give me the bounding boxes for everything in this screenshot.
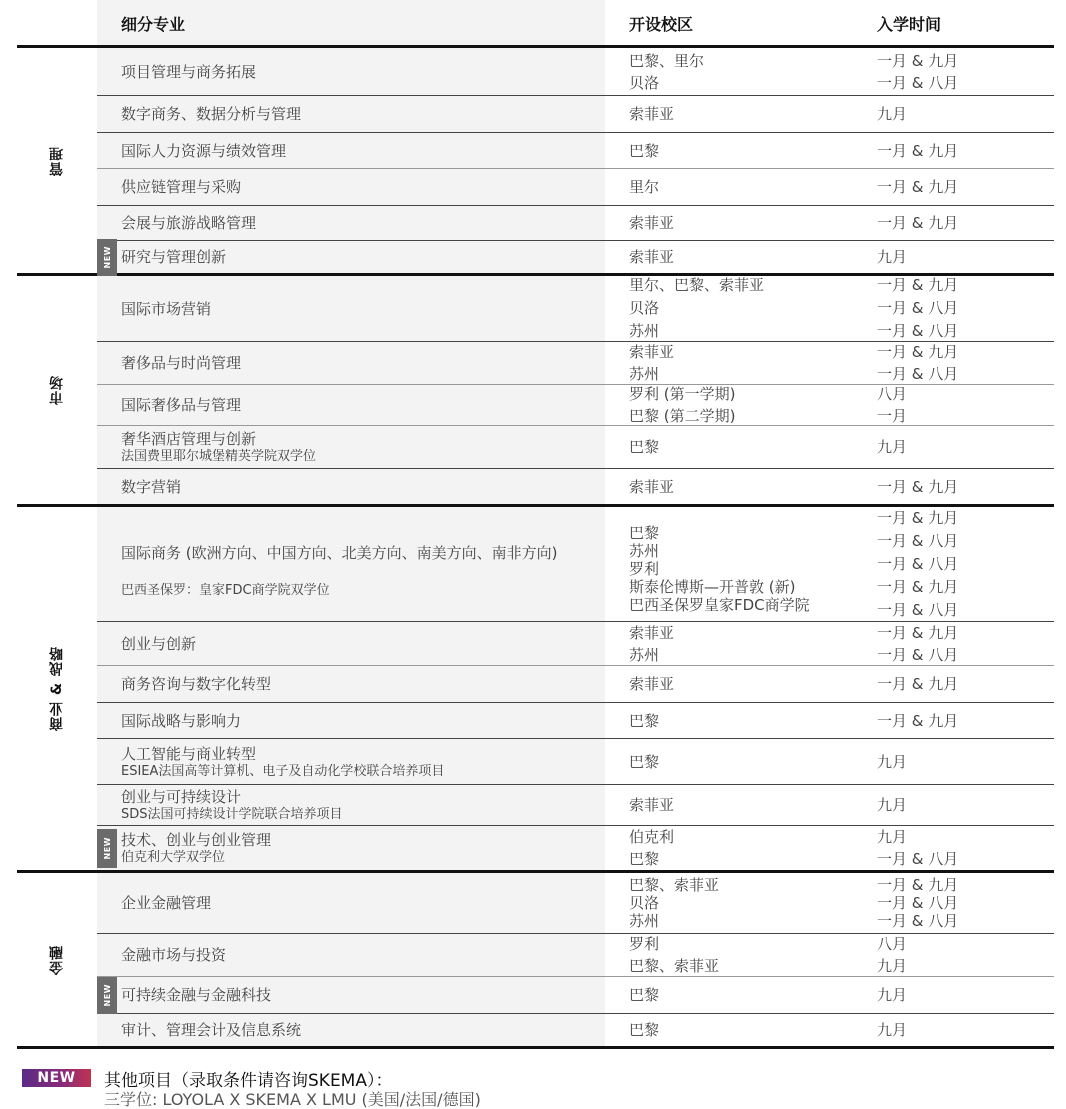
table-row: 商务咨询与数字化转型 索菲亚 一月 & 九月 — [97, 666, 1054, 703]
table-row: 国际战略与影响力 巴黎 一月 & 九月 — [97, 703, 1054, 739]
table-row: 技术、创业与创业管理伯克利大学双学位 伯克利巴黎 九月一月 & 八月 — [97, 826, 1054, 870]
table-row: 项目管理与商务拓展 巴黎、里尔贝洛 一月 & 九月一月 & 八月 — [97, 48, 1054, 96]
category-business-strategy: 商业 & 战略 — [17, 507, 97, 870]
table-row: 国际奢侈品与管理 罗利 (第一学期)巴黎 (第二学期) 八月一月 — [97, 385, 1054, 426]
table-row: 数字营销 索菲亚 一月 & 九月 — [97, 469, 1054, 504]
table-row: 人工智能与商业转型ESIEA法国高等计算机、电子及自动化学校联合培养项目 巴黎 … — [97, 739, 1054, 785]
table-row: 金融市场与投资 罗利巴黎、索菲亚 八月九月 — [97, 934, 1054, 977]
table-header: 细分专业 开设校区 入学时间 — [0, 0, 1066, 46]
table-row: 可持续金融与金融科技 巴黎 九月 — [97, 977, 1054, 1014]
campus: 巴黎、里尔贝洛 — [629, 48, 869, 95]
table-row: 国际商务 (欧洲方向、中国方向、北美方向、南美方向、南非方向)巴西圣保罗：皇家F… — [97, 507, 1054, 622]
table-row: 会展与旅游战略管理 索菲亚 一月 & 九月 — [97, 206, 1054, 241]
table-row: 审计、管理会计及信息系统 巴黎 九月 — [97, 1014, 1054, 1046]
table-row: 奢华酒店管理与创新法国费里耶尔城堡精英学院双学位 巴黎 九月 — [97, 426, 1054, 469]
program-name: 项目管理与商务拓展 — [121, 48, 601, 95]
table-row: 企业金融管理 巴黎、索菲亚贝洛苏州 一月 & 九月一月 & 八月一月 & 八月 — [97, 873, 1054, 934]
new-badge: NEW — [22, 1069, 91, 1087]
header-program: 细分专业 — [121, 12, 185, 35]
category-marketing: 市场 — [17, 276, 97, 504]
intake: 一月 & 九月一月 & 八月 — [877, 48, 1047, 95]
footer-subtitle: 三学位: LOYOLA X SKEMA X LMU (美国/法国/德国) — [104, 1087, 481, 1109]
new-tag: NEW — [97, 829, 117, 868]
header-intake: 入学时间 — [877, 12, 941, 35]
category-management: 管理 — [17, 48, 97, 273]
header-campus: 开设校区 — [629, 12, 693, 35]
table-row: 创业与创新 索菲亚苏州 一月 & 九月一月 & 八月 — [97, 622, 1054, 666]
table-row: 国际人力资源与绩效管理 巴黎 一月 & 九月 — [97, 133, 1054, 169]
table-row: 国际市场营销 里尔、巴黎、索菲亚贝洛苏州 一月 & 九月一月 & 八月一月 & … — [97, 276, 1054, 342]
divider-table-end — [17, 1046, 1054, 1049]
table-row: 奢侈品与时尚管理 索菲亚苏州 一月 & 九月一月 & 八月 — [97, 342, 1054, 385]
new-tag: NEW — [97, 977, 117, 1014]
table-row: 创业与可持续设计SDS法国可持续设计学院联合培养项目 索菲亚 九月 — [97, 785, 1054, 826]
table-row: 研究与管理创新 索菲亚 九月 — [97, 241, 1054, 273]
new-tag: NEW — [97, 239, 117, 276]
category-finance: 金融 — [17, 873, 97, 1046]
table-row: 供应链管理与采购 里尔 一月 & 九月 — [97, 169, 1054, 206]
table-row: 数字商务、数据分析与管理 索菲亚 九月 — [97, 96, 1054, 133]
